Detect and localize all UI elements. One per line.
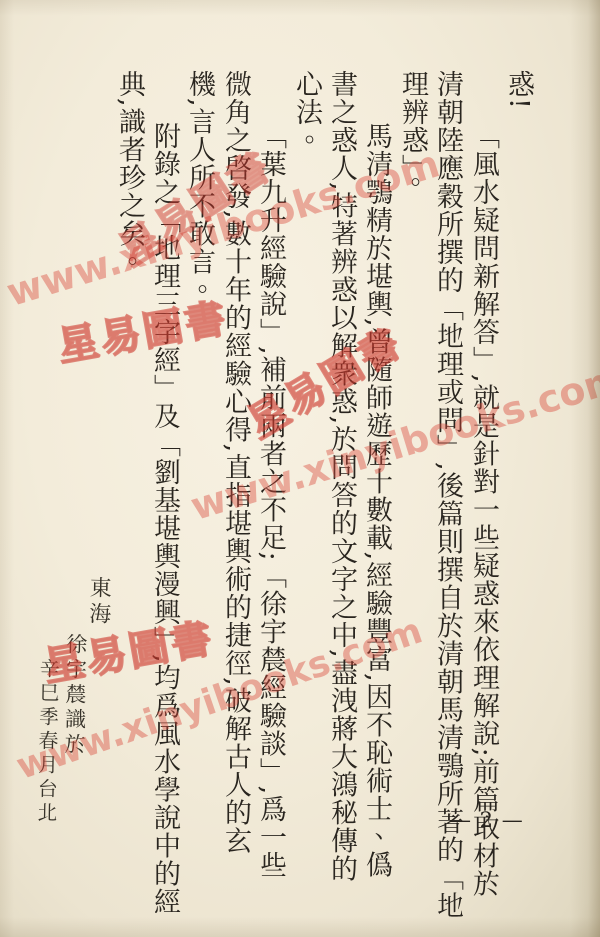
- text-column-4: 理辨惑」。: [397, 70, 427, 197]
- scanned-book-page: 惑! 「風水疑問新解答」,就是針對一些疑惑來依理解說;前篇取材於 清朝陸應穀所撰…: [0, 0, 600, 937]
- text-column-2: 「風水疑問新解答」,就是針對一些疑惑來依理解說;前篇取材於: [468, 122, 498, 898]
- text-column-8: 「葉九升經驗說」,補前兩者之不足;「徐宇辳經驗談」,爲一些: [255, 122, 285, 879]
- text-column-3: 清朝陸應穀所撰的「地理或問」,後篇則撰自於清朝馬清鶚所著的「地: [432, 70, 462, 920]
- page-number: — 2 —: [450, 808, 524, 832]
- text-column-9: 微角之啓發,數十年的經驗心得,直指堪輿術的捷徑,破解古人的玄: [220, 70, 250, 855]
- text-column-1: 惑!: [503, 70, 533, 110]
- signature-line-place: 東海: [86, 576, 111, 628]
- text-column-11: 附錄之「地理三字經」及「劉基堪輿漫興」,均爲風水學說中的經: [149, 122, 179, 916]
- signature-line-date: 辛巳季春月台北: [34, 658, 61, 826]
- text-column-6: 書之惑人,特著辨惑以解衆惑,於問答的文字之中,盡洩蔣大鴻秘傳的: [326, 70, 356, 883]
- text-column-12: 典,識者珍之矣。: [114, 70, 144, 276]
- text-column-7: 心法。: [291, 70, 321, 154]
- text-column-5: 馬清鶚精於堪輿,曾隨師遊歷十數載,經驗豐富,因不恥術士、僞: [361, 122, 391, 879]
- text-column-10: 機,言人所不敢言。: [184, 70, 214, 304]
- signature-line-author: 徐宇辳識於: [62, 633, 88, 758]
